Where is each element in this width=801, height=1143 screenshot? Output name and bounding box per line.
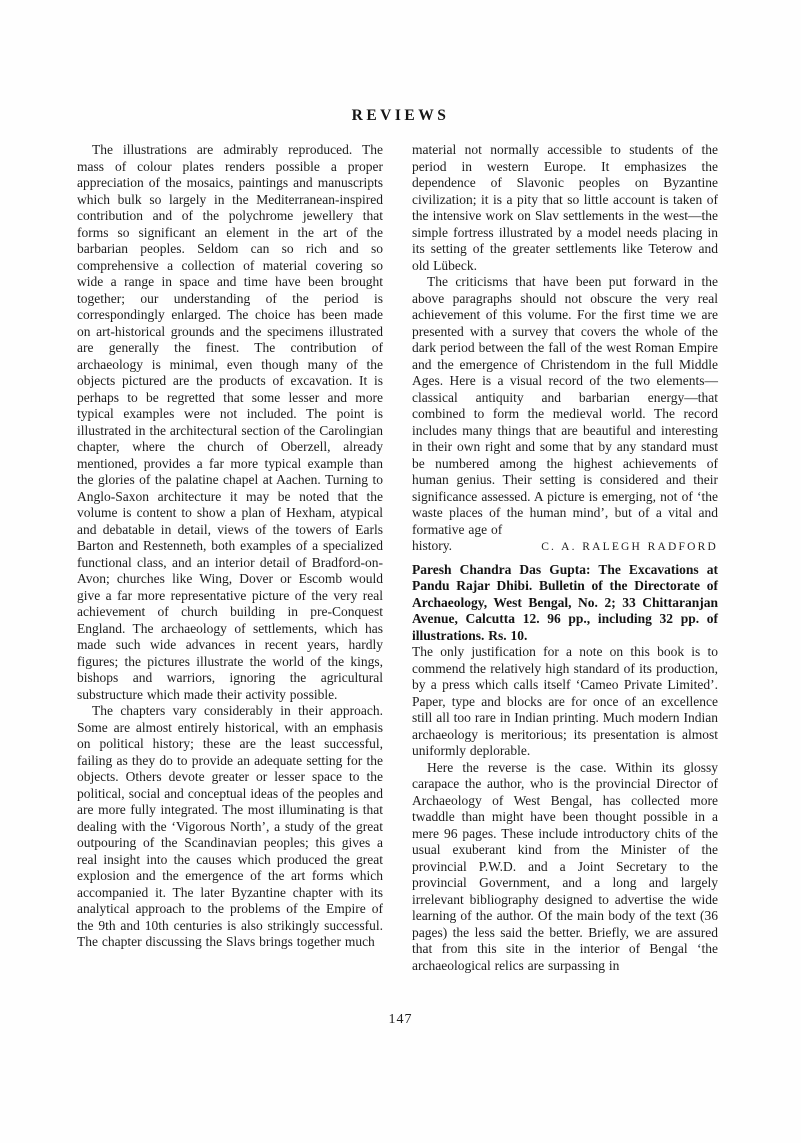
review-heading: Paresh Chandra Das Gupta: The Excavation… xyxy=(412,562,718,645)
page-title: REVIEWS xyxy=(0,107,801,125)
reviewer-signature: C. A. RALEGH RADFORD xyxy=(541,539,718,556)
paragraph-last-words: history. xyxy=(412,538,452,555)
paragraph: The only justification for a note on thi… xyxy=(412,644,718,760)
paragraph: Here the reverse is the case. Within its… xyxy=(412,760,718,975)
left-column: The illustrations are admirably reproduc… xyxy=(77,142,383,974)
paragraph: The criticisms that have been put forwar… xyxy=(412,274,718,538)
review-signature-line: history. C. A. RALEGH RADFORD xyxy=(412,538,718,556)
text-columns: The illustrations are admirably reproduc… xyxy=(77,142,718,974)
page-number: 147 xyxy=(0,1012,801,1028)
right-column: material not normally accessible to stud… xyxy=(412,142,718,974)
paragraph: The chapters vary considerably in their … xyxy=(77,703,383,951)
journal-page: REVIEWS The illustrations are admirably … xyxy=(0,0,801,1143)
paragraph: material not normally accessible to stud… xyxy=(412,142,718,274)
paragraph: The illustrations are admirably reproduc… xyxy=(77,142,383,703)
